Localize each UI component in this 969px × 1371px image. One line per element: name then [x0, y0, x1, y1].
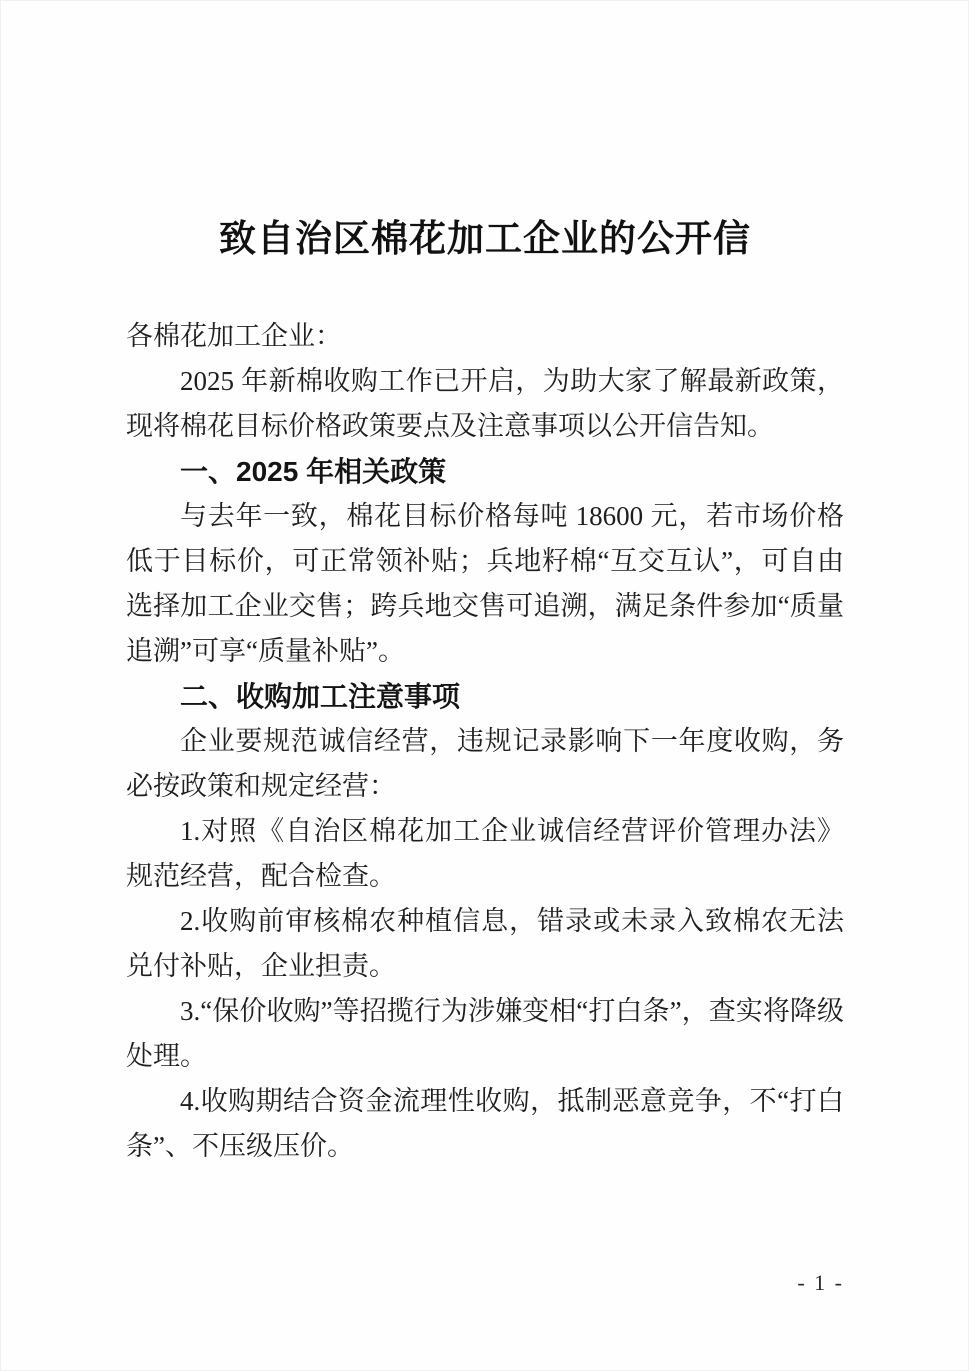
note-item-3: 3.“保价收购”等招揽行为涉嫌变相“打白条”，查实将降级处理。	[126, 989, 844, 1079]
document-page: 致自治区棉花加工企业的公开信 各棉花加工企业： 2025 年新棉收购工作已开启，…	[0, 0, 969, 1371]
section-heading-notes: 二、收购加工注意事项	[126, 674, 844, 719]
document-title: 致自治区棉花加工企业的公开信	[126, 219, 844, 261]
note-item-4: 4.收购期结合资金流理性收购，抵制恶意竞争，不“打白条”、不压级压价。	[126, 1079, 844, 1169]
document-content: 致自治区棉花加工企业的公开信 各棉花加工企业： 2025 年新棉收购工作已开启，…	[126, 1, 844, 1169]
document-body: 各棉花加工企业： 2025 年新棉收购工作已开启，为助大家了解最新政策，现将棉花…	[126, 314, 844, 1169]
salutation: 各棉花加工企业：	[126, 314, 844, 359]
notes-intro-paragraph: 企业要规范诚信经营，违规记录影响下一年度收购，务必按政策和规定经营：	[126, 719, 844, 809]
note-item-2: 2.收购前审核棉农种植信息，错录或未录入致棉农无法兑付补贴，企业担责。	[126, 899, 844, 989]
section-heading-policy: 一、2025 年相关政策	[126, 449, 844, 494]
page-number: - 1 -	[797, 1269, 844, 1297]
policy-paragraph: 与去年一致，棉花目标价格每吨 18600 元，若市场价格低于目标价，可正常领补贴…	[126, 494, 844, 674]
intro-paragraph: 2025 年新棉收购工作已开启，为助大家了解最新政策，现将棉花目标价格政策要点及…	[126, 359, 844, 449]
note-item-1: 1.对照《自治区棉花加工企业诚信经营评价管理办法》规范经营，配合检查。	[126, 809, 844, 899]
